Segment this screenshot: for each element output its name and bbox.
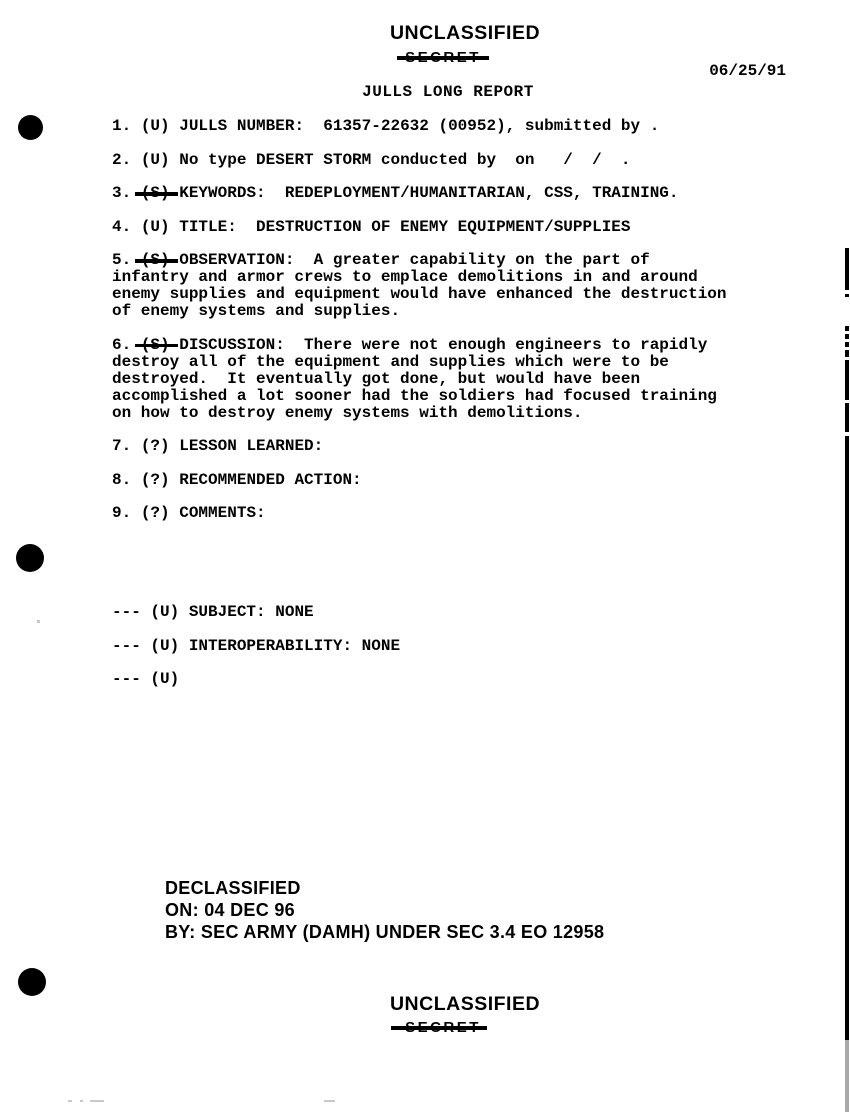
item-number: 9.	[112, 504, 141, 522]
scan-artifact-line	[845, 334, 849, 339]
scan-artifact-line	[845, 350, 849, 357]
item-text: LESSON LEARNED:	[170, 437, 324, 455]
item-number: 1.	[112, 117, 141, 135]
report-item-1: 1. (U) JULLS NUMBER: 61357-22632 (00952)…	[112, 118, 772, 135]
classification-marker: (?)	[141, 472, 170, 489]
crossed-out-secret-marking: SECRET	[405, 1020, 481, 1036]
report-item-9: 9. (?) COMMENTS:	[112, 505, 772, 522]
subject-line: --- (U) SUBJECT: NONE	[112, 604, 772, 621]
item-text: RECOMMENDED ACTION:	[170, 471, 362, 489]
bottom-crossed-out-line: SECRET	[18, 1020, 850, 1036]
report-title: JULLS LONG REPORT	[23, 84, 850, 100]
item-text: COMMENTS:	[170, 504, 266, 522]
report-body: 1. (U) JULLS NUMBER: 61357-22632 (00952)…	[112, 118, 772, 688]
item-number: 2.	[112, 151, 141, 169]
top-classification-banner: UNCLASSIFIED	[40, 0, 850, 44]
scan-speck	[90, 1100, 104, 1102]
classification-marker: (U)	[141, 118, 170, 135]
dash-prefix: ---	[112, 637, 150, 655]
trailing-line: --- (U)	[112, 671, 772, 688]
item-text: INTEROPERABILITY: NONE	[179, 637, 400, 655]
item-number: 7.	[112, 437, 141, 455]
hole-punch-dot	[18, 115, 43, 140]
report-item-7: 7. (?) LESSON LEARNED:	[112, 438, 772, 455]
report-date: 06/25/91	[709, 63, 786, 79]
classification-marker: (U)	[150, 604, 179, 621]
scan-artifact-line	[845, 248, 849, 290]
item-text: SUBJECT: NONE	[179, 603, 313, 621]
hole-punch-dot	[16, 544, 44, 572]
scan-artifact-line	[845, 403, 849, 432]
classification-marker: (?)	[141, 505, 170, 522]
scan-speck	[68, 1100, 72, 1102]
crossed-out-secret-marking: SECRET	[405, 50, 481, 66]
item-text: No type DESERT STORM conducted by on / /…	[170, 151, 631, 169]
declassification-stamp: DECLASSIFIED ON: 04 DEC 96 BY: SEC ARMY …	[165, 877, 850, 943]
interoperability-line: --- (U) INTEROPERABILITY: NONE	[112, 638, 772, 655]
bottom-classification-banner: UNCLASSIFIED	[40, 993, 850, 1015]
classification-marker: (U)	[150, 638, 179, 655]
item-text: DISCUSSION: There were not enough engine…	[112, 336, 717, 422]
item-number: 8.	[112, 471, 141, 489]
scan-artifact-line	[845, 294, 849, 297]
document-page: UNCLASSIFIED SECRET 06/25/91 JULLS LONG …	[0, 0, 850, 1115]
classification-marker: (U)	[150, 671, 179, 688]
scan-artifact-line	[845, 436, 849, 1040]
item-text: TITLE: DESTRUCTION OF ENEMY EQUIPMENT/SU…	[170, 218, 631, 236]
redacted-classification-marker: (S)	[141, 185, 170, 202]
report-item-3: 3. (S) KEYWORDS: REDEPLOYMENT/HUMANITARI…	[112, 185, 772, 202]
scan-artifact-line	[845, 1040, 849, 1112]
classification-marker: (U)	[141, 219, 170, 236]
stamp-line-date: ON: 04 DEC 96	[165, 899, 850, 921]
report-item-8: 8. (?) RECOMMENDED ACTION:	[112, 472, 772, 489]
scan-artifact-line	[845, 342, 849, 347]
classification-marker: (U)	[141, 152, 170, 169]
report-item-6: 6. (S) DISCUSSION: There were not enough…	[112, 337, 772, 422]
item-text: OBSERVATION: A greater capability on the…	[112, 251, 727, 320]
scan-artifact-line	[845, 360, 849, 400]
item-number: 4.	[112, 218, 141, 236]
scan-speck	[324, 1100, 335, 1102]
redacted-classification-marker: (S)	[141, 337, 170, 354]
scan-speck	[37, 620, 40, 623]
report-item-4: 4. (U) TITLE: DESTRUCTION OF ENEMY EQUIP…	[112, 219, 772, 236]
scan-artifact-line	[845, 326, 849, 331]
dash-prefix: ---	[112, 603, 150, 621]
redacted-classification-marker: (S)	[141, 252, 170, 269]
item-text: KEYWORDS: REDEPLOYMENT/HUMANITARIAN, CSS…	[170, 184, 679, 202]
scan-speck	[80, 1100, 83, 1102]
dash-prefix: ---	[112, 670, 150, 688]
report-item-2: 2. (U) No type DESERT STORM conducted by…	[112, 152, 772, 169]
stamp-line-declassified: DECLASSIFIED	[165, 877, 850, 899]
hole-punch-dot	[18, 968, 46, 996]
report-item-5: 5. (S) OBSERVATION: A greater capability…	[112, 252, 772, 320]
item-text: JULLS NUMBER: 61357-22632 (00952), submi…	[170, 117, 660, 135]
stamp-line-authority: BY: SEC ARMY (DAMH) UNDER SEC 3.4 EO 129…	[165, 921, 850, 943]
classification-marker: (?)	[141, 438, 170, 455]
